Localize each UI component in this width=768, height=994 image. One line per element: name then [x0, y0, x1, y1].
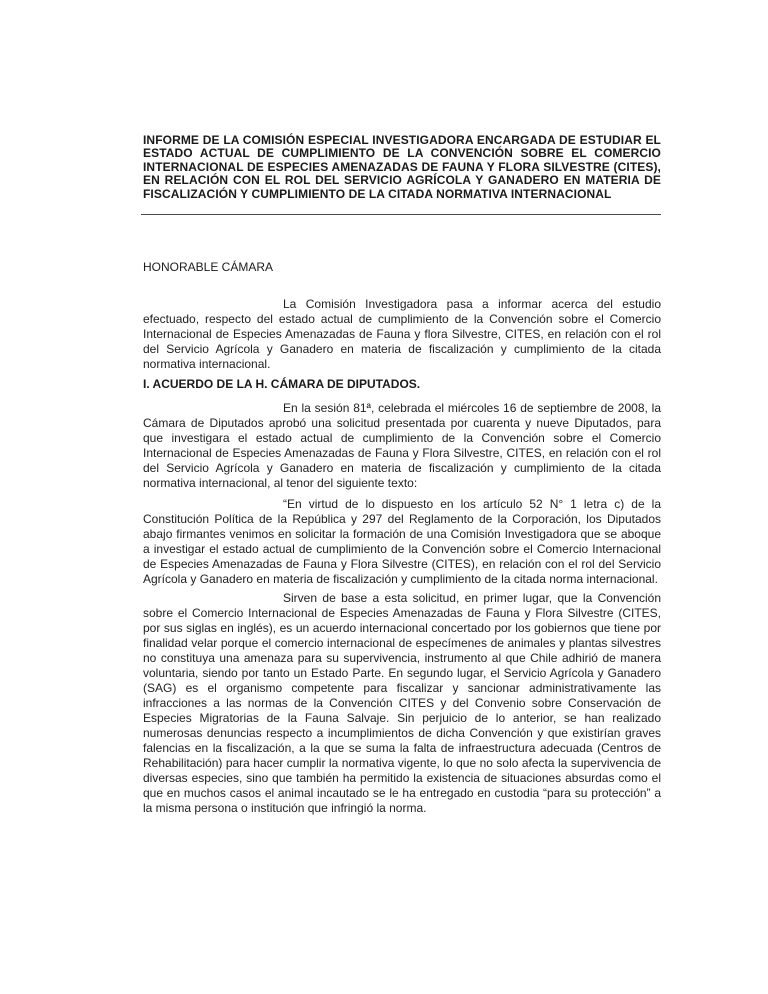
title-divider-rule [141, 214, 661, 215]
document-title: INFORME DE LA COMISIÓN ESPECIAL INVESTIG… [143, 134, 661, 201]
section-paragraph: “En virtud de lo dispuesto en los artícu… [143, 497, 661, 587]
intro-paragraph: La Comisión Investigadora pasa a informa… [143, 297, 661, 372]
salutation: HONORABLE CÁMARA [143, 260, 661, 275]
section-heading-acuerdo: I. ACUERDO DE LA H. CÁMARA DE DIPUTADOS. [143, 377, 661, 392]
section-paragraph: En la sesión 81ª, celebrada el miércoles… [143, 401, 661, 491]
document-page: INFORME DE LA COMISIÓN ESPECIAL INVESTIG… [143, 134, 661, 816]
section-paragraph: Sirven de base a esta solicitud, en prim… [143, 591, 661, 816]
